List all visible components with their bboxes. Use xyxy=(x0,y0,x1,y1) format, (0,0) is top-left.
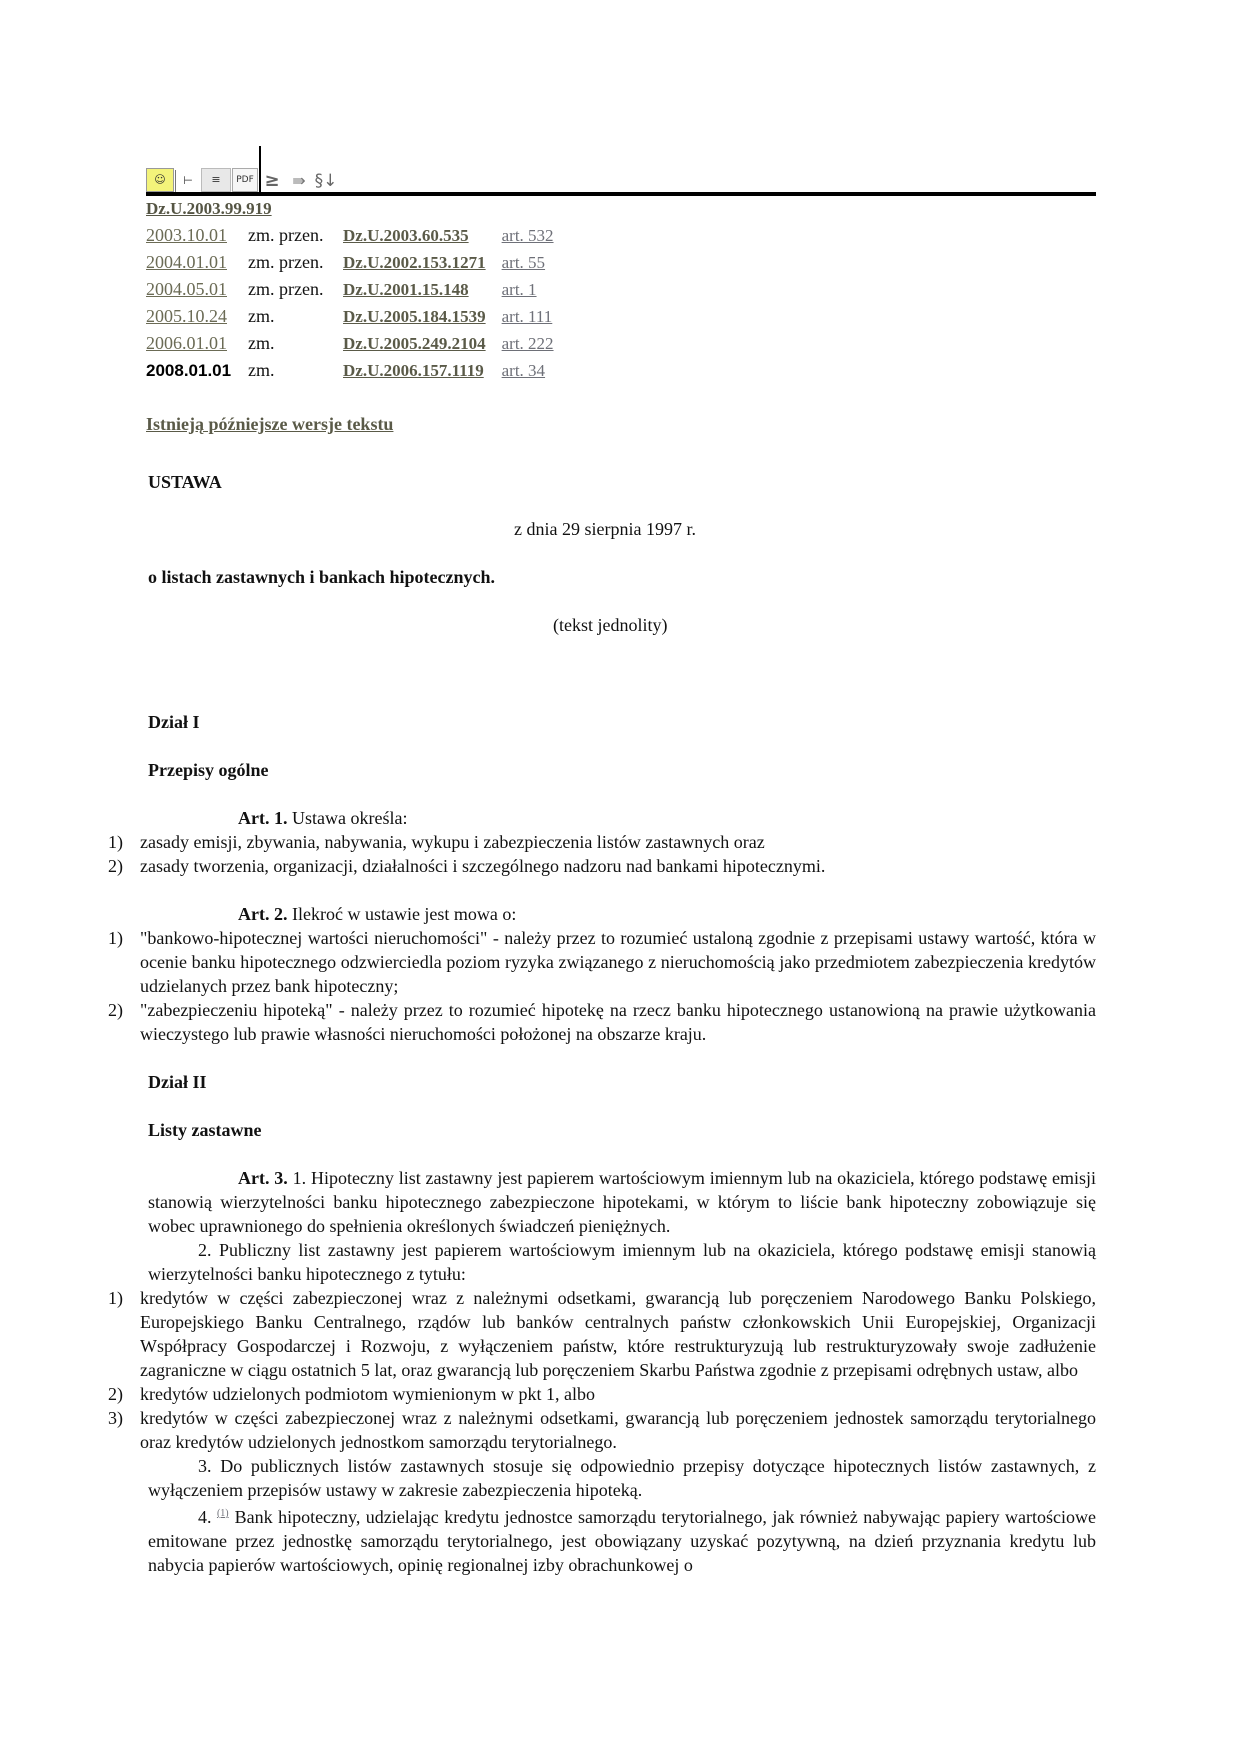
later-versions-link[interactable]: Istnieją późniejsze wersje tekstu xyxy=(146,414,393,434)
history-article-link[interactable]: art. 34 xyxy=(502,361,545,380)
article-label: Art. 1. xyxy=(238,808,287,828)
list-item: 1)zasady emisji, zbywania, nabywania, wy… xyxy=(108,830,1096,854)
history-row: 2008.01.01zm.Dz.U.2006.157.1119art. 34 xyxy=(146,357,554,384)
section-1-label: Dział I xyxy=(148,710,200,734)
key-person-icon[interactable]: ☺ xyxy=(146,168,174,192)
history-article-link[interactable]: art. 222 xyxy=(502,334,554,353)
paragraph-1: 1. Hipoteczny list zastawny jest papiere… xyxy=(148,1168,1096,1236)
history-row: 2005.10.24zm.Dz.U.2005.184.1539art. 111 xyxy=(146,303,554,330)
article-intro: Ilekroć w ustawie jest mowa o: xyxy=(287,904,516,924)
section-2-name: Listy zastawne xyxy=(148,1118,262,1142)
tree-icon[interactable]: ⊢ xyxy=(175,170,200,192)
history-date-link[interactable]: 2005.10.24 xyxy=(146,306,227,326)
history-change-type: zm. przen. xyxy=(248,222,343,249)
history-date-link[interactable]: 2004.01.01 xyxy=(146,252,227,272)
history-article-link[interactable]: art. 55 xyxy=(502,253,545,272)
header-rule xyxy=(146,192,1096,196)
paragraph-3: 3. Do publicznych listów zastawnych stos… xyxy=(108,1454,1096,1502)
arrow-icon[interactable]: ⇛ xyxy=(286,170,312,192)
article-intro: Ustawa określa: xyxy=(287,808,407,828)
footnote-link[interactable]: (1) xyxy=(217,1508,229,1519)
list-item: 2)"zabezpieczeniu hipoteką" - należy prz… xyxy=(108,998,1096,1046)
article-label: Art. 3. xyxy=(238,1168,288,1188)
history-journal-link[interactable]: Dz.U.2001.15.148 xyxy=(343,280,469,299)
consolidated-note: (tekst jednolity) xyxy=(553,613,667,637)
article-label: Art. 2. xyxy=(238,904,287,924)
history-journal-link[interactable]: Dz.U.2005.184.1539 xyxy=(343,307,486,326)
source-link[interactable]: Dz.U.2003.99.919 xyxy=(146,199,272,218)
history-journal-link[interactable]: Dz.U.2003.60.535 xyxy=(343,226,469,245)
later-versions: Istnieją późniejsze wersje tekstu xyxy=(146,414,393,435)
list-item: 1)"bankowo-hipotecznej wartości nierucho… xyxy=(108,926,1096,998)
history-date-link[interactable]: 2004.05.01 xyxy=(146,279,227,299)
history-journal-link[interactable]: Dz.U.2005.249.2104 xyxy=(343,334,486,353)
act-date: z dnia 29 sierpnia 1997 r. xyxy=(514,517,696,541)
history-table: 2003.10.01zm. przen.Dz.U.2003.60.535art.… xyxy=(146,222,554,384)
paragraph-down-icon[interactable]: §↓ xyxy=(313,170,339,192)
pdf-icon[interactable]: PDF xyxy=(232,168,258,192)
list-icon[interactable]: ≡ xyxy=(201,168,231,192)
history-change-type: zm. xyxy=(248,357,343,384)
history-date-link[interactable]: 2003.10.01 xyxy=(146,225,227,245)
list-item: 3)kredytów w części zabezpieczonej wraz … xyxy=(108,1406,1096,1454)
history-article-link[interactable]: art. 532 xyxy=(502,226,554,245)
list-item: 2)kredytów udzielonych podmiotom wymieni… xyxy=(108,1382,1096,1406)
article-1: Art. 1. Ustawa określa: 1)zasady emisji,… xyxy=(108,806,1096,878)
toolbar-divider xyxy=(259,146,261,196)
history-row: 2003.10.01zm. przen.Dz.U.2003.60.535art.… xyxy=(146,222,554,249)
article-3: Art. 3. 1. Hipoteczny list zastawny jest… xyxy=(108,1166,1096,1577)
history-row: 2004.01.01zm. przen.Dz.U.2002.153.1271ar… xyxy=(146,249,554,276)
history-date: 2008.01.01 xyxy=(146,357,248,384)
article-2: Art. 2. Ilekroć w ustawie jest mowa o: 1… xyxy=(108,902,1096,1046)
zigzag-icon[interactable]: ≥ xyxy=(259,170,285,192)
history-article-link[interactable]: art. 111 xyxy=(502,307,553,326)
history-journal-link[interactable]: Dz.U.2002.153.1271 xyxy=(343,253,486,272)
history-change-type: zm. przen. xyxy=(248,276,343,303)
history-date-link[interactable]: 2006.01.01 xyxy=(146,333,227,353)
history-change-type: zm. przen. xyxy=(248,249,343,276)
history-change-type: zm. xyxy=(248,303,343,330)
list-item: 1)kredytów w części zabezpieczonej wraz … xyxy=(108,1286,1096,1382)
section-1-name: Przepisy ogólne xyxy=(148,758,268,782)
act-subject: o listach zastawnych i bankach hipoteczn… xyxy=(148,565,495,589)
history-article-link[interactable]: art. 1 xyxy=(502,280,537,299)
amendment-history: Dz.U.2003.99.919 2003.10.01zm. przen.Dz.… xyxy=(146,198,554,384)
paragraph-2: 2. Publiczny list zastawny jest papierem… xyxy=(108,1238,1096,1286)
act-type: USTAWA xyxy=(148,470,222,494)
history-change-type: zm. xyxy=(248,330,343,357)
history-journal-link[interactable]: Dz.U.2006.157.1119 xyxy=(343,361,484,380)
toolbar-icons: ☺ ⊢ ≡ PDF ≥ ⇛ §↓ xyxy=(146,168,340,192)
list-item: 2)zasady tworzenia, organizacji, działal… xyxy=(108,854,1096,878)
history-row: 2004.05.01zm. przen.Dz.U.2001.15.148art.… xyxy=(146,276,554,303)
section-2-label: Dział II xyxy=(148,1070,207,1094)
paragraph-4: 4. (1)Bank hipoteczny, udzielając kredyt… xyxy=(108,1502,1096,1577)
document-toolbar: ☺ ⊢ ≡ PDF ≥ ⇛ §↓ xyxy=(146,146,1096,196)
history-row: 2006.01.01zm.Dz.U.2005.249.2104art. 222 xyxy=(146,330,554,357)
